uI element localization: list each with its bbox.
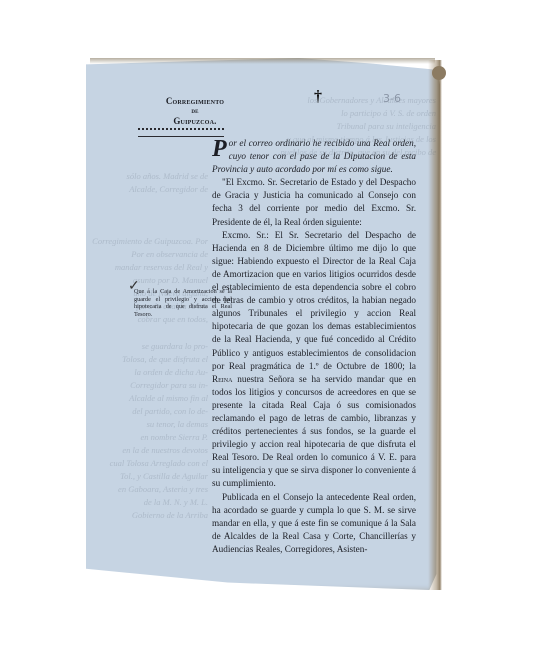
bleed-line: Por en observancia de (90, 248, 208, 261)
header-line-corregimiento: Corregimiento (140, 96, 250, 106)
cross-icon: † (314, 88, 322, 106)
bleed-line (90, 209, 208, 222)
paragraph-2-post: nuestra Señora se ha servido mandar que … (212, 374, 416, 489)
bleed-through-left-lower: se guardara lo pro- Tolosa, de que disfr… (90, 340, 208, 522)
bleed-line: asunto por D. Manuel (90, 274, 208, 287)
document-body: Por el correo ordinario he recibido una … (212, 137, 416, 556)
intro-paragraph: Por el correo ordinario he recibido una … (212, 137, 416, 176)
bleed-line: la orden de dicha Au- (90, 366, 208, 379)
header-line-de: de (140, 106, 250, 116)
bleed-line: se guardara lo pro- (90, 340, 208, 353)
bleed-line: Corregidor para su in- (90, 379, 208, 392)
header-line-guipuzcoa: Guipuzcoa. (140, 116, 250, 126)
pencil-annotation: 3-6 (383, 92, 401, 105)
bleed-line: lo participo á V. S. de orden (246, 107, 436, 120)
drop-cap: P (212, 138, 227, 160)
bleed-line: Tribunal para su inteligencia (246, 120, 436, 133)
page-corner-fold (432, 66, 446, 80)
bleed-line: Alcalde al mismo fin al (90, 392, 208, 405)
bleed-line (90, 196, 208, 209)
bleed-line: Tol., y Castilla de Aguilar (90, 470, 208, 483)
bleed-line: sólo años. Madrid se de (90, 170, 208, 183)
bleed-line: mandar reservas del Real y (90, 261, 208, 274)
paragraph-2: Excmo. Sr.: El Sr. Secretario del Despac… (212, 229, 416, 491)
bleed-line: en nombre Sierra P. (90, 431, 208, 444)
bleed-line: su tenor, la demas (90, 418, 208, 431)
bleed-line: Corregimiento de Guipuzcoa. Por (90, 235, 208, 248)
page-top-edge (90, 58, 435, 64)
bleed-line: cual Tolosa Arreglado con el (90, 457, 208, 470)
bleed-line: los Gobernadores y Alcaldes mayores (246, 94, 436, 107)
bleed-line: en Gaboara, Asteria y tres (90, 483, 208, 496)
bleed-line: Alcalde, Corregidor de (90, 183, 208, 196)
bleed-line: Tolosa, de que disfruta el (90, 353, 208, 366)
bleed-line: del partido, con lo de- (90, 405, 208, 418)
bleed-line: Gobierno de la Arriba (90, 509, 208, 522)
paragraph-2-pre: Excmo. Sr.: El Sr. Secretario del Despac… (212, 230, 416, 371)
bleed-line: de la M. N. y M. L. (90, 496, 208, 509)
paragraph-1: "El Excmo. Sr. Secretario de Estado y de… (212, 176, 416, 228)
reina-word: Reina (212, 374, 232, 384)
paragraph-3: Publicada en el Consejo la antecedente R… (212, 491, 416, 556)
bleed-line (90, 222, 208, 235)
intro-text: or el correo ordinario he recibido una R… (212, 138, 416, 174)
bleed-line: en la de nuestros devotos (90, 444, 208, 457)
document-header: Corregimiento de Guipuzcoa. (140, 96, 250, 126)
